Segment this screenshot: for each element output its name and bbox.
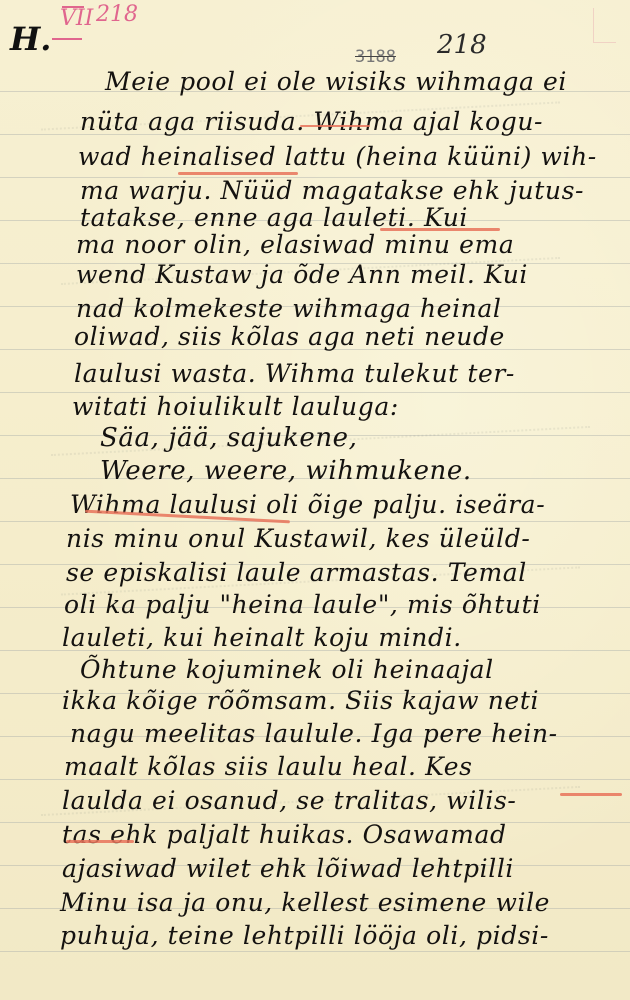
ruled-line (0, 521, 630, 522)
red-underline-heinalised (178, 172, 298, 175)
red-underline-wilistas-b (66, 840, 134, 843)
text-line: oliwad, siis kõlas aga neti neude (74, 324, 505, 349)
text-line: ajasiwad wilet ehk lõiwad lehtpilli (62, 856, 514, 881)
text-line: Õhtune kojuminek oli heinaajal (80, 657, 494, 682)
text-line: se episkalisi laule armastas. Temal (66, 560, 527, 585)
red-underline-wilistas-a (560, 793, 622, 796)
text-line: maalt kõlas siis laulu heal. Kes (64, 754, 473, 779)
archive-page: 218 (96, 2, 138, 27)
text-line: laulda ei osanud, se tralitas, wilis- (62, 788, 516, 813)
ruled-line (0, 951, 630, 952)
text-line: nüta aga riisuda. Wihma ajal kogu- (80, 109, 543, 134)
faint-corner-mark (593, 8, 616, 43)
page-number: 218 (437, 30, 487, 60)
song-line: Weere, weere, wihmukene. (100, 458, 472, 484)
archive-mark-underline (52, 38, 82, 40)
manuscript-page: H. VII 218 3188 218 Meie pool ei ole wis… (0, 0, 630, 1000)
text-line: Meie pool ei ole wisiks wihmaga ei (105, 69, 567, 94)
text-line: Minu isa ja onu, kellest esimene wile (60, 890, 550, 915)
section-letter: H. (10, 20, 51, 58)
song-line: Säa, jää, sajukene, (100, 425, 358, 451)
text-line: ma noor olin, elasiwad minu ema (76, 232, 514, 257)
text-line: nis minu onul Kustawil, kes üleüld- (66, 526, 530, 551)
red-underline-lauleti (380, 228, 500, 231)
text-line: wend Kustaw ja õde Ann meil. Kui (76, 262, 528, 287)
text-line: tatakse, enne aga lauleti. Kui (80, 205, 468, 230)
text-line: laulusi wasta. Wihma tulekut ter- (74, 361, 515, 386)
text-line: ma warju. Nüüd magatakse ehk jutus- (80, 178, 584, 203)
text-line: ikka kõige rõõmsam. Siis kajaw neti (62, 688, 539, 713)
text-line: lauleti, kui heinalt koju mindi. (62, 625, 462, 650)
old-page-number-struck: 3188 (355, 47, 396, 67)
text-line: puhuja, teine lehtpilli lööja oli, pidsi… (60, 923, 549, 948)
text-line: nad kolmekeste wihmaga heinal (76, 296, 501, 321)
text-line: wad heinalised lattu (heina küüni) wih- (78, 144, 597, 169)
text-line: oli ka palju "heina laule", mis õhtuti (64, 592, 541, 617)
red-underline-nitta-riisuda (300, 125, 370, 127)
text-line: witati hoiulikult lauluga: (72, 394, 399, 419)
archive-volume: VII (60, 6, 93, 31)
text-line: nagu meelitas laulule. Iga pere hein- (70, 721, 558, 746)
text-line: tas ehk paljalt huikas. Osawamad (62, 822, 507, 847)
